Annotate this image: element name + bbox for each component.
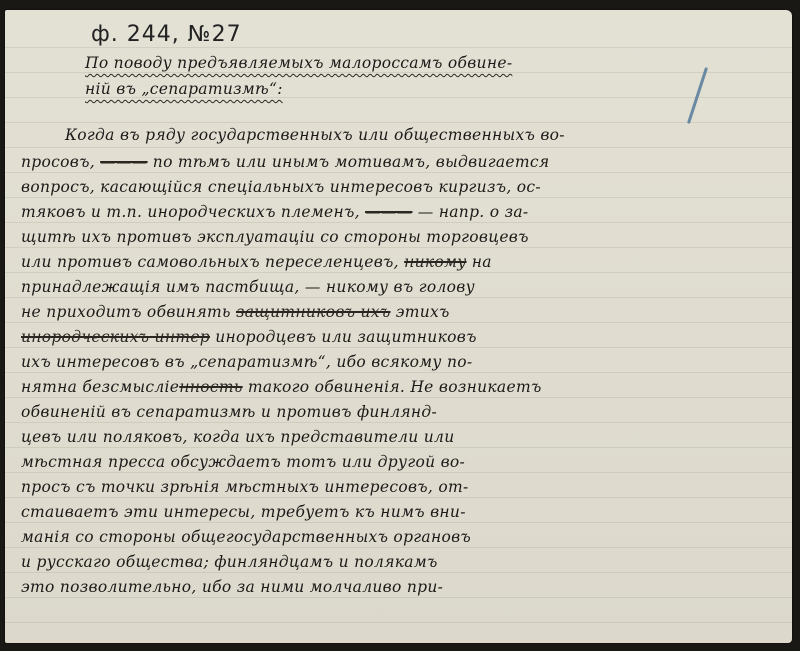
body-line: ихъ интересовъ въ „сепаратизмѣ“, ибо вся… xyxy=(21,353,472,371)
line-text: или противъ самовольныхъ переселенцевъ, xyxy=(21,253,404,271)
line-text: — напр. о за- xyxy=(412,203,528,221)
line-text: этихъ xyxy=(390,303,449,321)
body-line: щитѣ ихъ противъ эксплуатацiи со стороны… xyxy=(21,228,529,246)
line-text: стаиваетъ эти интересы, требуетъ къ нимъ… xyxy=(21,503,466,521)
body-line: не приходитъ обвинять защитниковъ ихъ эт… xyxy=(21,303,450,321)
ruled-line xyxy=(5,147,792,148)
line-text: тяковъ и т.п. инородческихъ племенъ, xyxy=(21,203,365,221)
ruled-line xyxy=(5,522,792,523)
struck-text: никому xyxy=(404,253,466,271)
ruled-line xyxy=(5,347,792,348)
line-text: щитѣ ихъ противъ эксплуатацiи со стороны… xyxy=(21,228,529,246)
ruled-line xyxy=(5,572,792,573)
struck-text: ——— xyxy=(365,203,412,221)
ruled-line xyxy=(5,472,792,473)
ruled-line xyxy=(5,397,792,398)
line-text: цевъ или поляковъ, когда ихъ представите… xyxy=(21,428,454,446)
line-text: вопросъ, касающiйся спецiальныхъ интерес… xyxy=(21,178,541,196)
ruled-line xyxy=(5,172,792,173)
heading-line-2: нiй въ „сепаратизмѣ“: xyxy=(85,80,283,98)
line-text: ихъ интересовъ въ „сепаратизмѣ“, ибо вся… xyxy=(21,353,472,371)
line-text: и русскаго общества; финляндцамъ и поляк… xyxy=(21,553,438,571)
line-text: это позволительно, ибо за ними молчаливо… xyxy=(21,578,443,596)
line-text: просъ съ точки зрѣнiя мѣстныхъ интересов… xyxy=(21,478,469,496)
archive-reference: ф. 244, №27 xyxy=(91,22,242,47)
ruled-line xyxy=(5,322,792,323)
ruled-line xyxy=(5,422,792,423)
body-line: нятна безсмыслiенность такого обвиненiя.… xyxy=(21,378,542,396)
ruled-line xyxy=(5,447,792,448)
ruled-line xyxy=(5,622,792,623)
body-line: обвиненiй въ сепаратизмѣ и противъ финля… xyxy=(21,403,437,421)
ruled-line xyxy=(5,272,792,273)
line-text: на xyxy=(467,253,492,271)
ruled-line xyxy=(5,197,792,198)
body-line: просъ съ точки зрѣнiя мѣстныхъ интересов… xyxy=(21,478,469,496)
ruled-line xyxy=(5,497,792,498)
ruled-line xyxy=(5,597,792,598)
body-line: вопросъ, касающiйся спецiальныхъ интерес… xyxy=(21,178,541,196)
ruled-line xyxy=(5,247,792,248)
struck-text: нность xyxy=(179,378,242,396)
body-line: просовъ, ——— по тѣмъ или инымъ мотивамъ,… xyxy=(21,153,549,171)
ruled-line xyxy=(5,547,792,548)
ruled-line xyxy=(5,222,792,223)
blue-pencil-mark xyxy=(687,67,708,124)
body-line: цевъ или поляковъ, когда ихъ представите… xyxy=(21,428,454,446)
line-text: не приходитъ обвинять xyxy=(21,303,236,321)
line-text: манiя со стороны общегосударственныхъ ор… xyxy=(21,528,471,546)
ruled-line xyxy=(5,122,792,123)
line-text: мѣстная пресса обсуждаетъ тотъ или друго… xyxy=(21,453,465,471)
line-text: нятна безсмыслiе xyxy=(21,378,179,396)
body-line: стаиваетъ эти интересы, требуетъ къ нимъ… xyxy=(21,503,466,521)
ruled-line xyxy=(5,47,792,48)
ruled-line xyxy=(5,72,792,73)
line-text: по тѣмъ или инымъ мотивамъ, выдвигается xyxy=(148,153,550,171)
line-text: Когда въ ряду государственныхъ или общес… xyxy=(65,126,565,144)
line-text: просовъ, xyxy=(21,153,100,171)
body-line: принадлежащiя имъ пастбища, — никому въ … xyxy=(21,278,475,296)
body-line: Когда въ ряду государственныхъ или общес… xyxy=(65,126,565,144)
body-line: и русскаго общества; финляндцамъ и поляк… xyxy=(21,553,438,571)
body-line: это позволительно, ибо за ними молчаливо… xyxy=(21,578,443,596)
struck-text: защитниковъ ихъ xyxy=(236,303,391,321)
struck-text: ——— xyxy=(100,153,147,171)
heading-line-1: По поводу предъявляемыхъ малороссамъ обв… xyxy=(85,54,512,72)
body-line: мѣстная пресса обсуждаетъ тотъ или друго… xyxy=(21,453,465,471)
body-line: инородческихъ интер инородцевъ или защит… xyxy=(21,328,477,346)
body-line: тяковъ и т.п. инородческихъ племенъ, ———… xyxy=(21,203,528,221)
struck-text: инородческихъ интер xyxy=(21,328,210,346)
line-text: такого обвиненiя. Не возникаетъ xyxy=(243,378,542,396)
manuscript-page: ф. 244, №27 По поводу предъявляемыхъ мал… xyxy=(5,10,792,643)
line-text: инородцевъ или защитниковъ xyxy=(210,328,477,346)
line-text: принадлежащiя имъ пастбища, — никому въ … xyxy=(21,278,475,296)
body-line: манiя со стороны общегосударственныхъ ор… xyxy=(21,528,471,546)
line-text: обвиненiй въ сепаратизмѣ и противъ финля… xyxy=(21,403,437,421)
body-line: или противъ самовольныхъ переселенцевъ, … xyxy=(21,253,492,271)
ruled-line xyxy=(5,372,792,373)
ruled-line xyxy=(5,297,792,298)
